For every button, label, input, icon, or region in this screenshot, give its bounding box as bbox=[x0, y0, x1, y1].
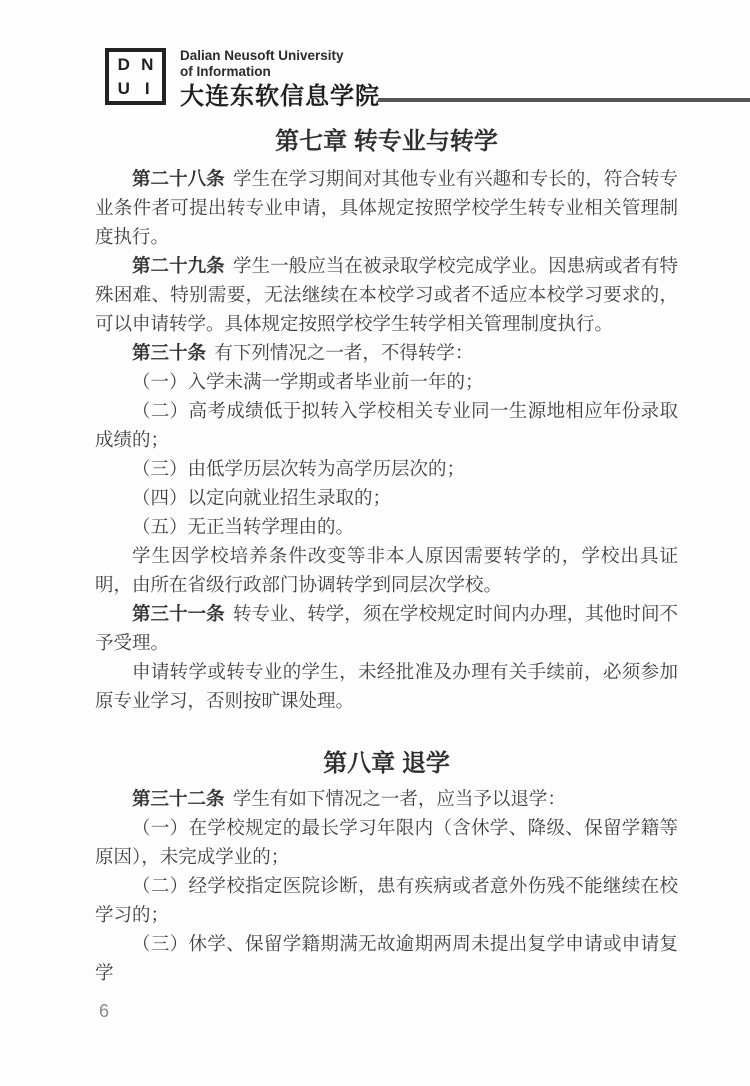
document-body: 第七章 转专业与转学 第二十八条学生在学习期间对其他专业有兴趣和专长的，符合转专… bbox=[0, 127, 750, 987]
paragraph-text: （一）在学校规定的最长学习年限内（含休学、降级、保留学籍等原因），未完成学业的； bbox=[95, 817, 678, 867]
article-number: 第三十一条 bbox=[132, 603, 225, 624]
paragraph-text: （三）由低学历层次转为高学历层次的； bbox=[132, 458, 465, 479]
paragraph-text: （一）入学未满一学期或者毕业前一年的； bbox=[132, 371, 484, 392]
logo-letter-i: I bbox=[145, 80, 150, 97]
paragraph-text: （二）高考成绩低于拟转入学校相关专业同一生源地相应年份录取成绩的； bbox=[95, 400, 678, 450]
logo-letter-d: D bbox=[118, 56, 130, 73]
paragraph-text: 有下列情况之一者，不得转学： bbox=[214, 342, 473, 363]
paragraph-article-31: 第三十一条转专业、转学，须在学校规定时间内办理，其他时间不予受理。 bbox=[95, 599, 678, 657]
withdraw-item-2: （二）经学校指定医院诊断，患有疾病或者意外伤残不能继续在校学习的； bbox=[95, 871, 678, 929]
header-divider-line bbox=[378, 98, 750, 102]
chapter8-title: 第八章 退学 bbox=[95, 749, 678, 779]
paragraph-text: （二）经学校指定医院诊断，患有疾病或者意外伤残不能继续在校学习的； bbox=[95, 875, 678, 925]
article-number: 第二十九条 bbox=[132, 255, 225, 276]
list-item-2: （二）高考成绩低于拟转入学校相关专业同一生源地相应年份录取成绩的； bbox=[95, 396, 678, 454]
paragraph-application-note: 申请转学或转专业的学生，未经批准及办理有关手续前，必须参加原专业学习，否则按旷课… bbox=[95, 657, 678, 715]
article-number: 第二十八条 bbox=[132, 168, 225, 189]
list-item-5: （五）无正当转学理由的。 bbox=[95, 512, 678, 541]
paragraph-article-30: 第三十条有下列情况之一者，不得转学： bbox=[95, 338, 678, 367]
paragraph-article-28: 第二十八条学生在学习期间对其他专业有兴趣和专长的，符合转专业条件者可提出转专业申… bbox=[95, 164, 678, 251]
paragraph-text: 学生因学校培养条件改变等非本人原因需要转学的，学校出具证明，由所在省级行政部门协… bbox=[95, 545, 678, 595]
university-name-zh: 大连东软信息学院 bbox=[180, 84, 380, 110]
paragraph-article-32: 第三十二条学生有如下情况之一者，应当予以退学： bbox=[95, 784, 678, 813]
list-item-1: （一）入学未满一学期或者毕业前一年的； bbox=[95, 367, 678, 396]
page-number: 6 bbox=[99, 1001, 109, 1022]
article-number: 第三十二条 bbox=[132, 788, 225, 809]
page-header: D N U I Dalian Neusoft University of Inf… bbox=[0, 0, 750, 105]
paragraph-text: （三）休学、保留学籍期满无故逾期两周未提出复学申请或申请复学 bbox=[95, 933, 678, 983]
document-page: D N U I Dalian Neusoft University of Inf… bbox=[0, 0, 750, 1086]
chapter7-title: 第七章 转专业与转学 bbox=[95, 127, 678, 157]
withdraw-item-1: （一）在学校规定的最长学习年限内（含休学、降级、保留学籍等原因），未完成学业的； bbox=[95, 813, 678, 871]
paragraph-article-29: 第二十九条学生一般应当在被录取学校完成学业。因患病或者有特殊困难、特别需要，无法… bbox=[95, 251, 678, 338]
university-name-en-line2: of Information bbox=[180, 64, 380, 80]
paragraph-transfer-note: 学生因学校培养条件改变等非本人原因需要转学的，学校出具证明，由所在省级行政部门协… bbox=[95, 541, 678, 599]
paragraph-text: （四）以定向就业招生录取的； bbox=[132, 487, 391, 508]
university-name-en-line1: Dalian Neusoft University bbox=[180, 48, 380, 64]
paragraph-text: 申请转学或转专业的学生，未经批准及办理有关手续前，必须参加原专业学习，否则按旷课… bbox=[95, 661, 678, 711]
list-item-3: （三）由低学历层次转为高学历层次的； bbox=[95, 454, 678, 483]
article-number: 第三十条 bbox=[132, 342, 206, 363]
paragraph-text: （五）无正当转学理由的。 bbox=[132, 516, 354, 537]
list-item-4: （四）以定向就业招生录取的； bbox=[95, 483, 678, 512]
dnui-logo: D N U I bbox=[105, 48, 166, 105]
withdraw-item-3: （三）休学、保留学籍期满无故逾期两周未提出复学申请或申请复学 bbox=[95, 929, 678, 987]
logo-letter-n: N bbox=[141, 56, 153, 73]
logo-letter-u: U bbox=[118, 80, 130, 97]
paragraph-text: 学生有如下情况之一者，应当予以退学： bbox=[233, 788, 566, 809]
university-names: Dalian Neusoft University of Information… bbox=[180, 48, 380, 110]
